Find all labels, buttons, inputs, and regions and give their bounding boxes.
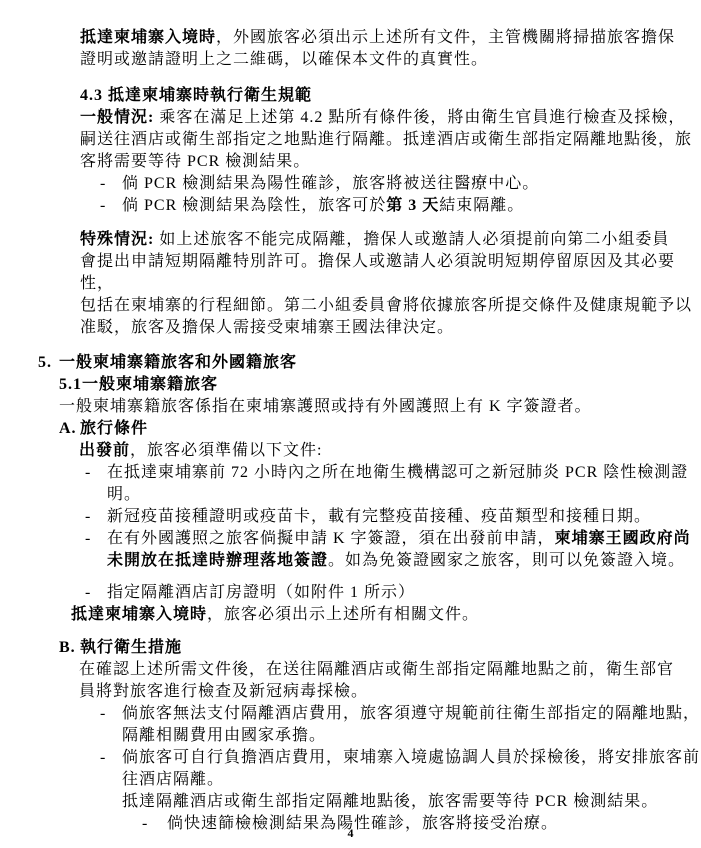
line-text: 倘旅客無法支付隔離酒店費用，旅客須遵守規範前往衛生部指定的隔離地點， — [122, 703, 701, 725]
line-text: 抵達柬埔寨入境時，外國旅客必須出示上述所有文件，主管機關將掃描旅客擔保 — [80, 27, 701, 49]
bullet-dash: - — [100, 703, 122, 725]
heading-section-5: 5.一般柬埔寨籍旅客和外國籍旅客 — [0, 352, 701, 374]
line-text: 倘 PCR 檢測結果為陽性確診，旅客將被送往醫療中心。 — [122, 173, 701, 195]
heading-section-5-1: 5.1一般柬埔寨籍旅客 — [0, 374, 701, 396]
para-general-case-line-1: 一般情況: 乘客在滿足上述第 4.2 點所有條件後，將由衛生官員進行檢查及採檢， — [0, 107, 701, 129]
line-text: 特殊情況: 如上述旅客不能完成隔離，擔保人或邀請人必須提前向第二小組委員 — [80, 229, 701, 251]
line-text: 嗣送往酒店或衛生部指定之地點進行隔離。抵達酒店或衛生部指定隔離地點後，旅 — [80, 129, 701, 151]
line-text: 准駁，旅客及擔保人需接受柬埔寨王國法律決定。 — [80, 317, 701, 339]
list-label: B. — [59, 637, 80, 659]
line-text: 在確認上述所需文件後，在送往隔離酒店或衛生部指定隔離地點之前，衛生部官 — [79, 659, 701, 681]
bullet-dash: - — [100, 195, 122, 217]
para-before-departure: 出發前，旅客必須準備以下文件: — [0, 440, 701, 462]
para-health-measures-line-2: 員將對旅客進行檢查及新冠病毒採檢。 — [0, 681, 701, 703]
heading-section-b: B.執行衛生措施 — [0, 637, 701, 659]
bullet-vaccine-card: -新冠疫苗接種證明或疫苗卡，載有完整疫苗接種、疫苗類型和接種日期。 — [0, 506, 701, 528]
bullet-dash: - — [100, 747, 122, 769]
para-arrival-line-1: 抵達柬埔寨入境時，外國旅客必須出示上述所有文件，主管機關將掃描旅客擔保 — [0, 27, 701, 49]
line-text: 旅行條件 — [80, 418, 701, 440]
line-text: 5.1一般柬埔寨籍旅客 — [59, 374, 701, 396]
para-general-case-line-2: 嗣送往酒店或衛生部指定之地點進行隔離。抵達酒店或衛生部指定隔離地點後，旅 — [0, 129, 701, 151]
document-page: 抵達柬埔寨入境時，外國旅客必須出示上述所有文件，主管機關將掃描旅客擔保證明或邀請… — [0, 0, 701, 848]
line-text: 在有外國護照之旅客倘擬申請 K 字簽證，須在出發前申請，柬埔寨王國政府尚 — [107, 528, 701, 550]
bullet-pcr-test-line-2: 明。 — [0, 484, 701, 506]
line-text: 倘 PCR 檢測結果為陰性，旅客可於第 3 天結束隔離。 — [122, 195, 701, 217]
para-general-case-line-3: 客將需要等待 PCR 檢測結果。 — [0, 151, 701, 173]
line-text: 包括在柬埔寨的行程細節。第二小組委員會將依據旅客所提交條件及健康規範予以 — [80, 295, 701, 317]
line-text: 未開放在抵達時辦理落地簽證。如為免簽證國家之旅客，則可以免簽證入境。 — [107, 550, 701, 572]
bullet-pcr-negative: -倘 PCR 檢測結果為陰性，旅客可於第 3 天結束隔離。 — [0, 195, 701, 217]
bullet-dash: - — [85, 582, 107, 604]
line-text: 新冠疫苗接種證明或疫苗卡，載有完整疫苗接種、疫苗類型和接種日期。 — [107, 506, 701, 528]
line-text: 在抵達柬埔寨前 72 小時內之所在地衛生機構認可之新冠肺炎 PCR 陰性檢測證 — [107, 462, 701, 484]
bullet-cannot-pay-line-1: -倘旅客無法支付隔離酒店費用，旅客須遵守規範前往衛生部指定的隔離地點， — [0, 703, 701, 725]
bullet-k-visa-line-2: 未開放在抵達時辦理落地簽證。如為免簽證國家之旅客，則可以免簽證入境。 — [0, 550, 701, 572]
line-text: 證明或邀請證明上之二維碼，以確保本文件的真實性。 — [80, 49, 701, 71]
line-text: 往酒店隔離。 — [122, 769, 701, 791]
line-text: 一般情況: 乘客在滿足上述第 4.2 點所有條件後，將由衛生官員進行檢查及採檢， — [80, 107, 701, 129]
para-special-case-line-3: 包括在柬埔寨的行程細節。第二小組委員會將依據旅客所提交條件及健康規範予以 — [0, 295, 701, 317]
bullet-hotel-booking: -指定隔離酒店訂房證明（如附件 1 所示） — [0, 582, 701, 604]
bullet-dash: - — [85, 506, 107, 528]
line-text: 隔離相關費用由國家承擔。 — [122, 725, 701, 747]
list-label: 5. — [38, 352, 59, 374]
heading-section-a: A.旅行條件 — [0, 418, 701, 440]
para-health-measures-line-1: 在確認上述所需文件後，在送往隔離酒店或衛生部指定隔離地點之前，衛生部官 — [0, 659, 701, 681]
para-special-case-line-1: 特殊情況: 如上述旅客不能完成隔離，擔保人或邀請人必須提前向第二小組委員 — [0, 229, 701, 251]
line-text: 執行衛生措施 — [80, 637, 701, 659]
line-text: 客將需要等待 PCR 檢測結果。 — [80, 151, 701, 173]
bullet-self-pay-line-1: -倘旅客可自行負擔酒店費用，柬埔寨入境處協調人員於採檢後，將安排旅客前 — [0, 747, 701, 769]
page-number: 4 — [0, 826, 701, 840]
para-special-case-line-4: 准駁，旅客及擔保人需接受柬埔寨王國法律決定。 — [0, 317, 701, 339]
heading-4-3: 4.3 抵達柬埔寨時執行衛生規範 — [0, 85, 701, 107]
list-label: A. — [59, 418, 80, 440]
line-text: 一般柬埔寨籍旅客係指在柬埔寨護照或持有外國護照上有 K 字簽證者。 — [59, 396, 701, 418]
bullet-dash: - — [100, 173, 122, 195]
para-definition: 一般柬埔寨籍旅客係指在柬埔寨護照或持有外國護照上有 K 字簽證者。 — [0, 396, 701, 418]
bullet-pcr-test-line-1: -在抵達柬埔寨前 72 小時內之所在地衛生機構認可之新冠肺炎 PCR 陰性檢測證 — [0, 462, 701, 484]
bullet-dash: - — [85, 462, 107, 484]
line-text: 指定隔離酒店訂房證明（如附件 1 所示） — [107, 582, 701, 604]
line-text: 員將對旅客進行檢查及新冠病毒採檢。 — [79, 681, 701, 703]
para-on-arrival: 抵達柬埔寨入境時，旅客必須出示上述所有相關文件。 — [0, 604, 701, 626]
line-text: 會提出申請短期隔離特別許可。擔保人或邀請人必須說明短期停留原因及其必要性， — [80, 251, 701, 295]
bullet-self-pay-line-2: 往酒店隔離。 — [0, 769, 701, 791]
bullet-cannot-pay-line-2: 隔離相關費用由國家承擔。 — [0, 725, 701, 747]
bullet-k-visa-line-1: -在有外國護照之旅客倘擬申請 K 字簽證，須在出發前申請，柬埔寨王國政府尚 — [0, 528, 701, 550]
line-text: 抵達柬埔寨入境時，旅客必須出示上述所有相關文件。 — [71, 604, 701, 626]
document-body: 抵達柬埔寨入境時，外國旅客必須出示上述所有文件，主管機關將掃描旅客擔保證明或邀請… — [0, 27, 701, 835]
bullet-dash: - — [85, 528, 107, 550]
line-text: 明。 — [107, 484, 701, 506]
line-text: 出發前，旅客必須準備以下文件: — [79, 440, 701, 462]
line-text: 一般柬埔寨籍旅客和外國籍旅客 — [59, 352, 701, 374]
line-text: 倘旅客可自行負擔酒店費用，柬埔寨入境處協調人員於採檢後，將安排旅客前 — [122, 747, 701, 769]
para-wait-pcr: 抵達隔離酒店或衛生部指定隔離地點後，旅客需要等待 PCR 檢測結果。 — [0, 791, 701, 813]
line-text: 抵達隔離酒店或衛生部指定隔離地點後，旅客需要等待 PCR 檢測結果。 — [122, 791, 701, 813]
para-special-case-line-2: 會提出申請短期隔離特別許可。擔保人或邀請人必須說明短期停留原因及其必要性， — [0, 251, 701, 295]
para-arrival-line-2: 證明或邀請證明上之二維碼，以確保本文件的真實性。 — [0, 49, 701, 71]
line-text: 4.3 抵達柬埔寨時執行衛生規範 — [80, 85, 701, 107]
bullet-pcr-positive: -倘 PCR 檢測結果為陽性確診，旅客將被送往醫療中心。 — [0, 173, 701, 195]
